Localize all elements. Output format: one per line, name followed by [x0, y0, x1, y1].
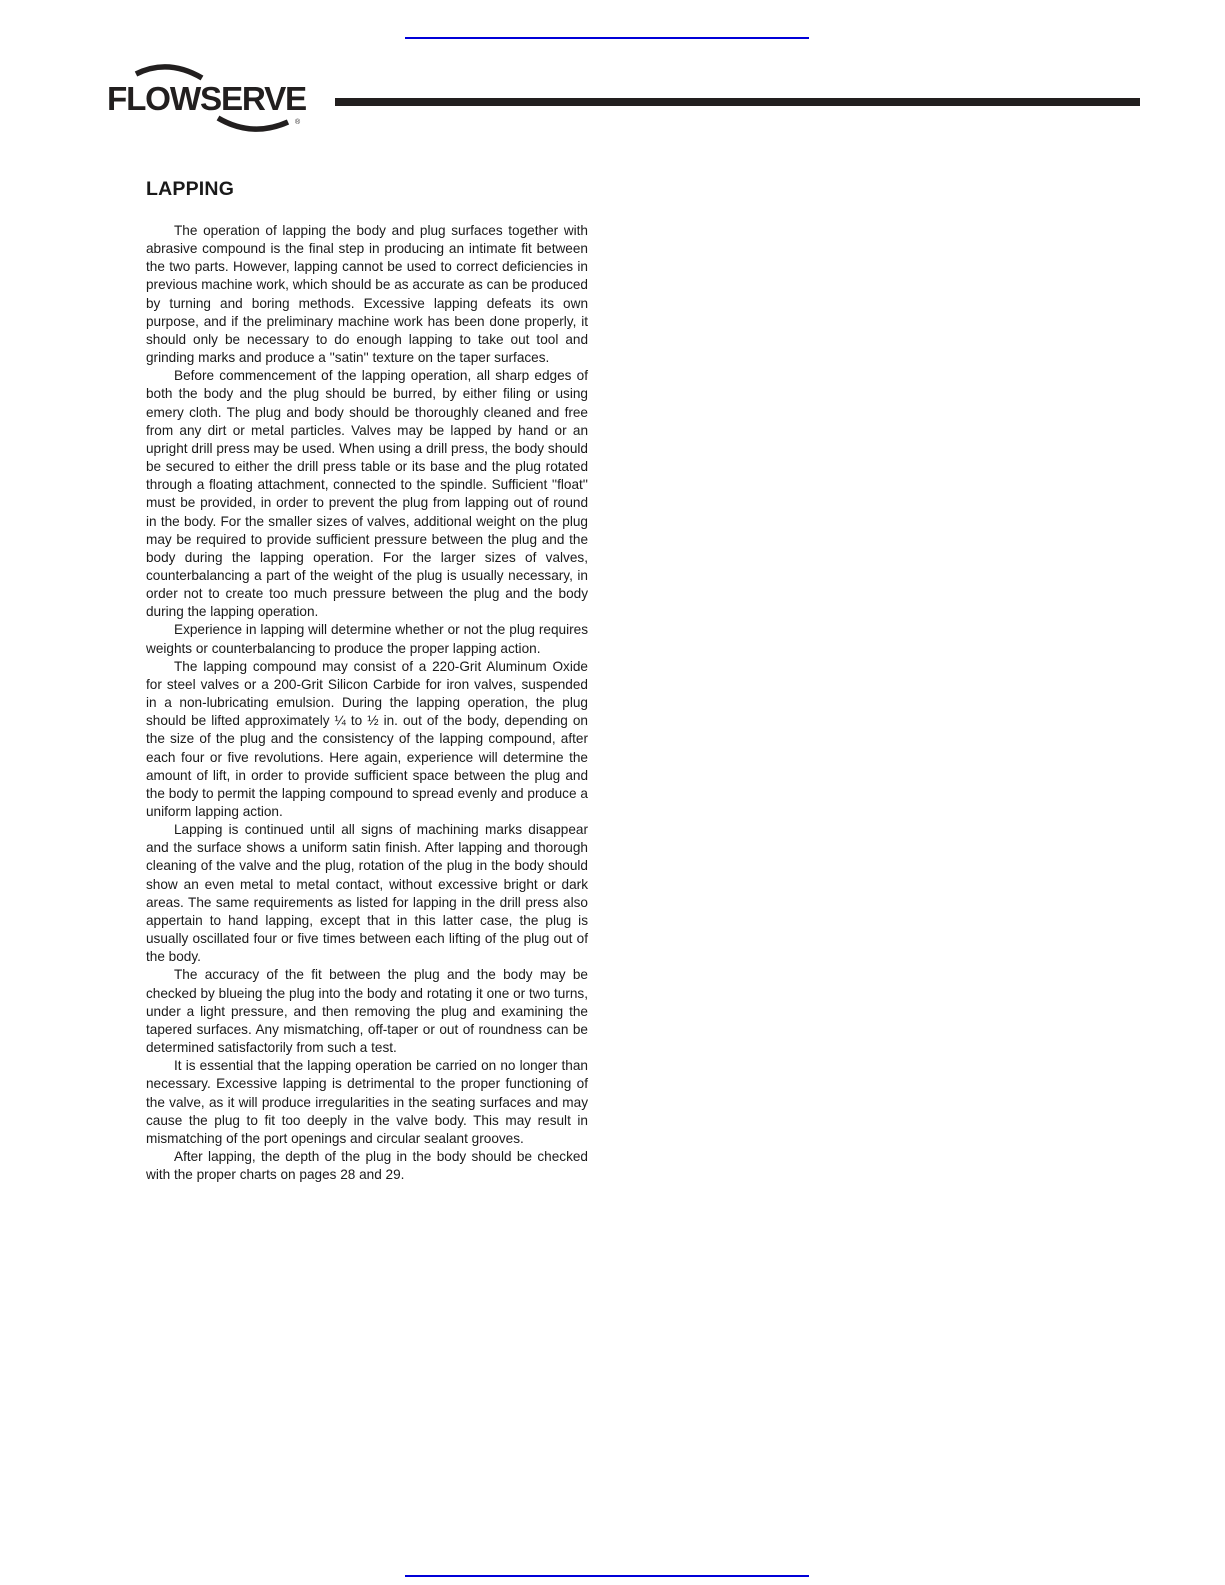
- flowserve-logo: FLOWSERVE ®: [106, 58, 311, 140]
- registered-mark: ®: [295, 118, 301, 126]
- top-link-rule[interactable]: [405, 37, 809, 39]
- logo-wordmark: FLOWSERVE: [107, 80, 306, 117]
- body-text: The operation of lapping the body and pl…: [146, 222, 588, 1184]
- paragraph-compound: The lapping compound may consist of a 22…: [146, 658, 588, 821]
- paragraph-experience: Experience in lapping will determine whe…: [146, 621, 588, 657]
- paragraph-continuation: Lapping is continued until all signs of …: [146, 821, 588, 966]
- bottom-link-rule[interactable]: [405, 1575, 809, 1577]
- paragraph-accuracy-check: The accuracy of the fit between the plug…: [146, 966, 588, 1057]
- paragraph-intro: The operation of lapping the body and pl…: [146, 222, 588, 367]
- paragraph-preparation: Before commencement of the lapping opera…: [146, 367, 588, 621]
- header-rule: [335, 98, 1140, 106]
- section-title: LAPPING: [146, 178, 234, 201]
- paragraph-excessive-lapping: It is essential that the lapping operati…: [146, 1057, 588, 1148]
- paragraph-depth-check: After lapping, the depth of the plug in …: [146, 1148, 588, 1184]
